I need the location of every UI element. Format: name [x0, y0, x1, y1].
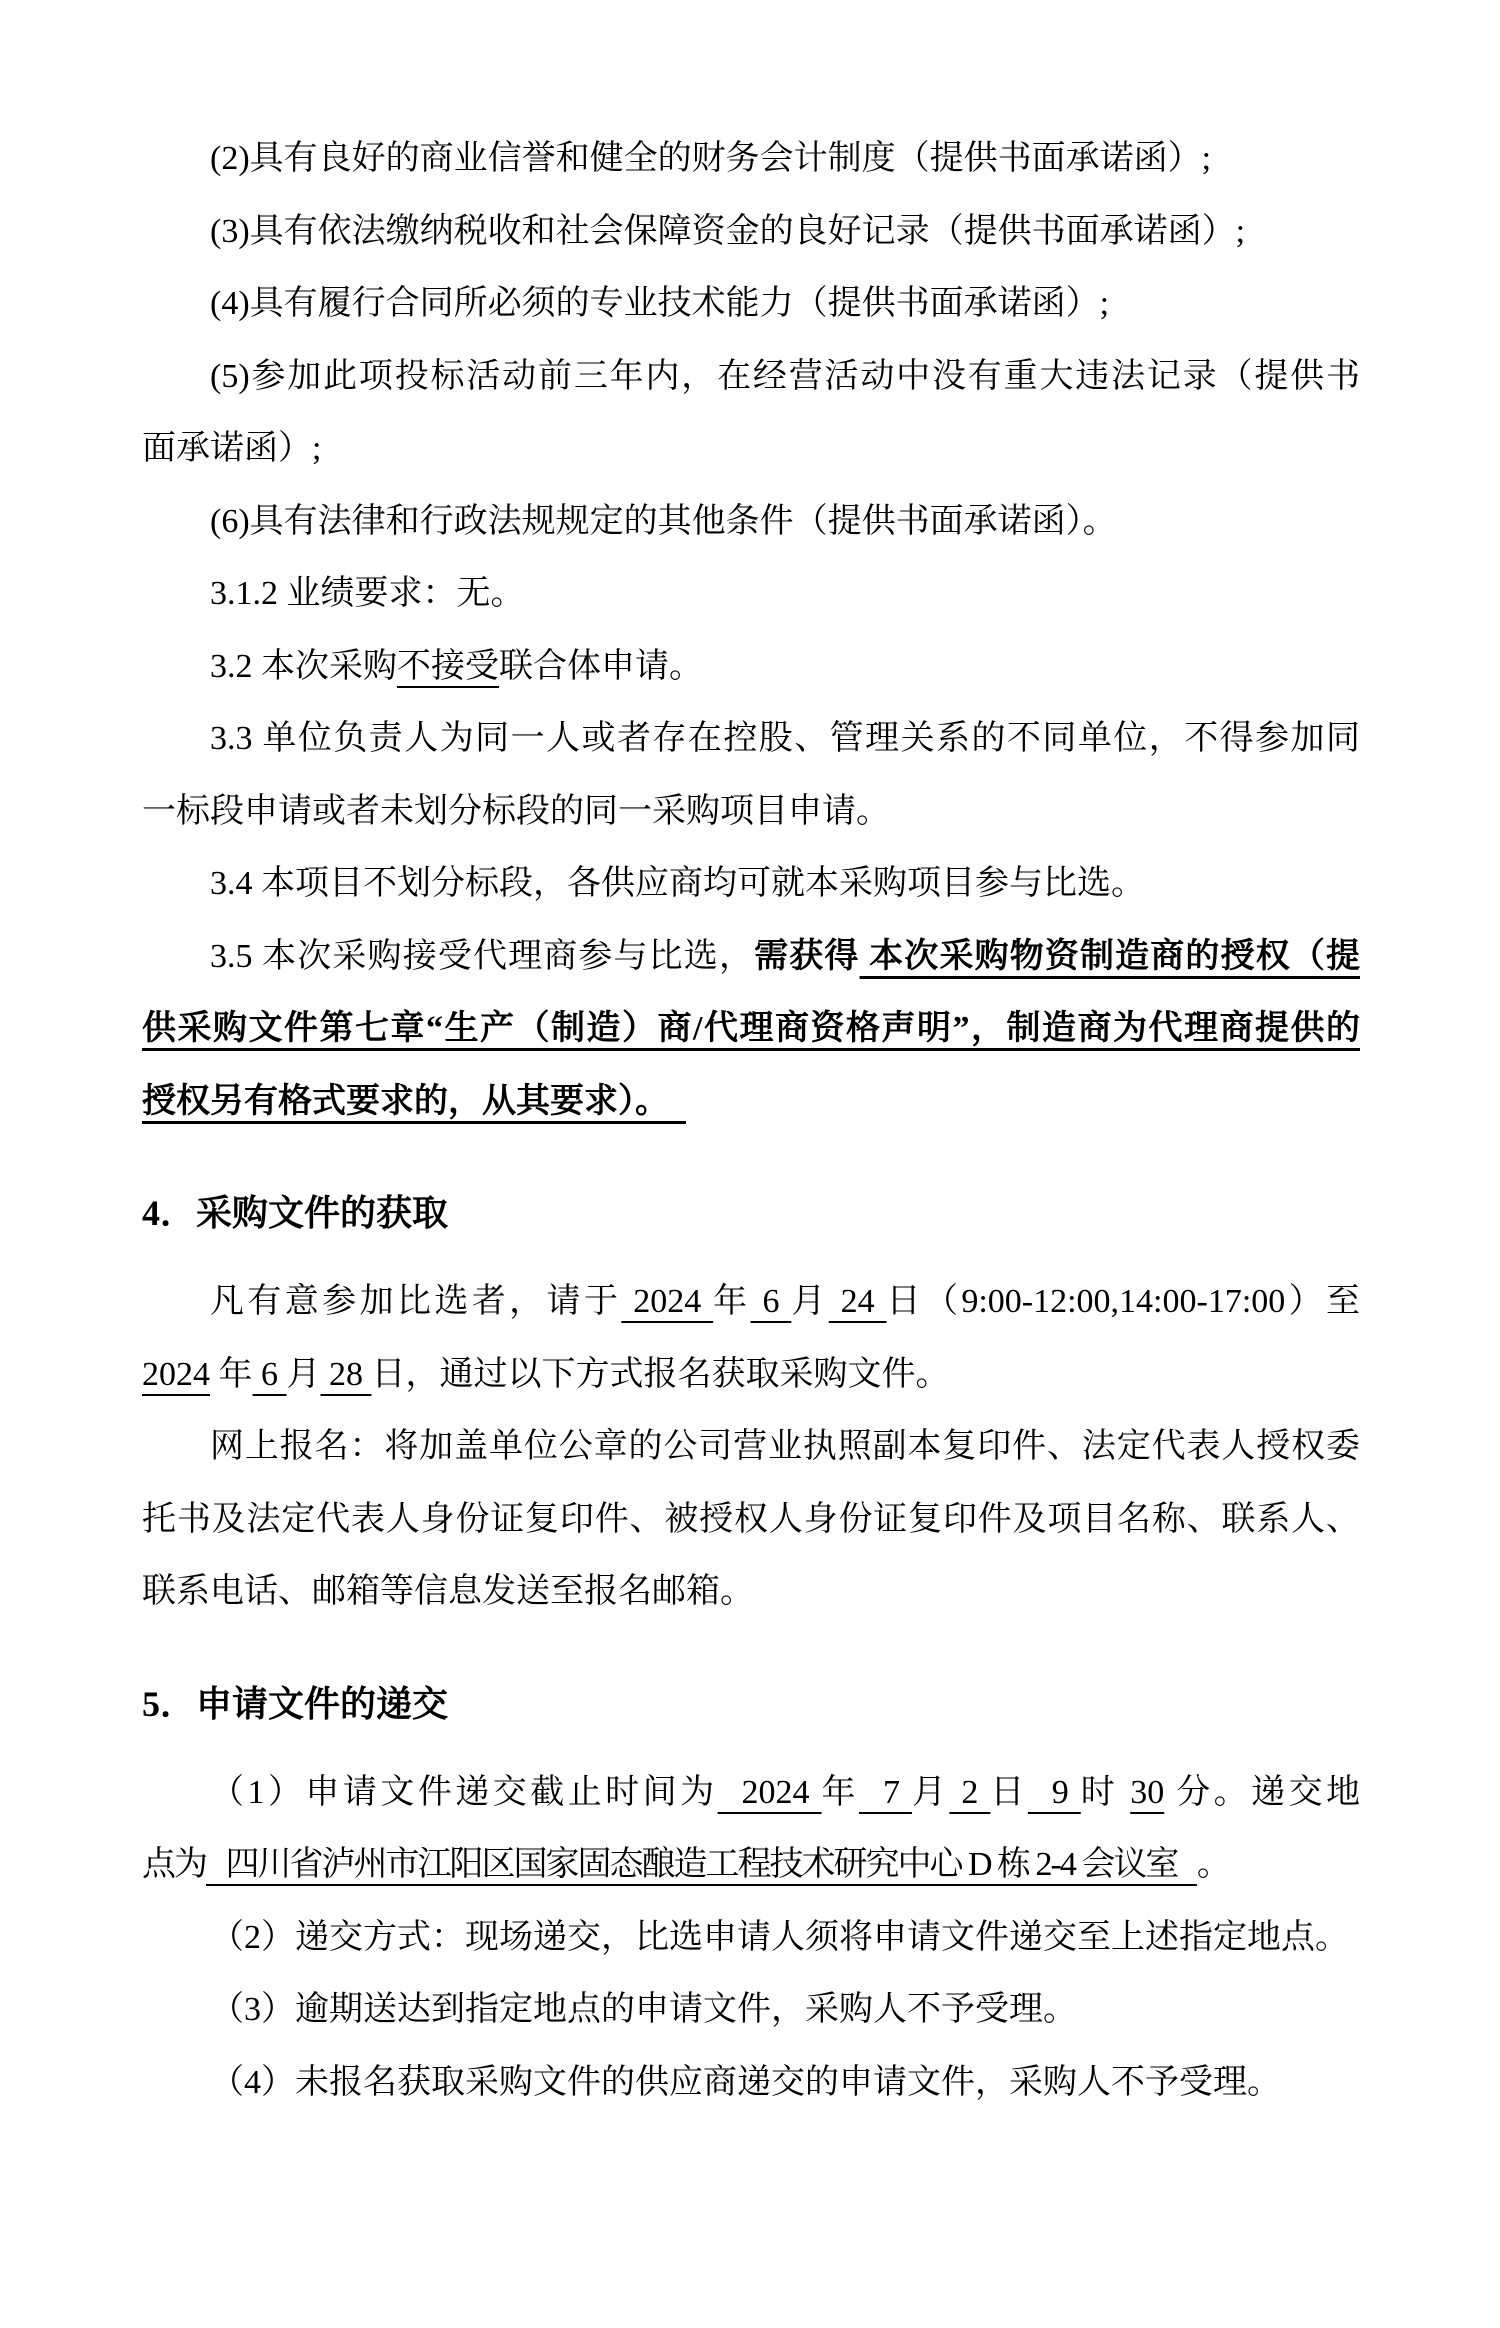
document-line: （4）未报名获取采购文件的供应商递交的申请文件，采购人不予受理。	[142, 2047, 1360, 2120]
document-line: 3.3 单位负责人为同一人或者存在控股、管理关系的不同单位，不得参加同	[142, 703, 1360, 776]
text-run: 月	[287, 1356, 321, 1393]
text-run: 。	[1197, 1846, 1229, 1883]
text-run: 托书及法定代表人身份证复印件、被授权人身份证复印件及项目名称、联系人、	[142, 1501, 1360, 1538]
document-line: 点为 四川省泸州市江阳区国家固态酿造工程技术研究中心 D 栋 2-4 会议室 。	[142, 1829, 1360, 1902]
text-run: （4）未报名获取采购文件的供应商递交的申请文件，采购人不予受理。	[210, 2064, 1281, 2101]
document-line: 2024 年 6 月 28 日，通过以下方式报名获取采购文件。	[142, 1339, 1360, 1412]
document-line: 授权另有格式要求的，从其要求）。	[142, 1066, 1360, 1139]
text-run: 日	[990, 1774, 1027, 1811]
document-line: (5)参加此项投标活动前三年内，在经营活动中没有重大违法记录（提供书	[142, 341, 1360, 414]
text-run: 28	[321, 1356, 372, 1393]
text-run: 月	[791, 1283, 828, 1320]
text-run: 面承诺函）;	[142, 430, 321, 467]
text-run: 四川省泸州市江阳区国家固态酿造工程技术研究中心 D 栋 2-4 会议室	[206, 1846, 1197, 1883]
text-run: 2	[949, 1774, 990, 1811]
text-run: 凡有意参加比选者，请于	[210, 1283, 621, 1320]
text-run: 3.4 本项目不划分标段，各供应商均可就本采购项目参与比选。	[210, 865, 1145, 902]
text-run: 2024	[718, 1774, 822, 1811]
text-run: (3)具有依法缴纳税收和社会保障资金的良好记录（提供书面承诺函）;	[210, 213, 1245, 250]
text-run: 2024	[142, 1356, 210, 1393]
text-run: 9	[1028, 1774, 1081, 1811]
document-line: 一标段申请或者未划分标段的同一采购项目申请。	[142, 776, 1360, 849]
document-line: (6)具有法律和行政法规规定的其他条件（提供书面承诺函）。	[142, 486, 1360, 559]
text-run: 30	[1130, 1774, 1164, 1811]
document-line: (4)具有履行合同所必须的专业技术能力（提供书面承诺函）;	[142, 268, 1360, 341]
text-run: 6	[751, 1283, 792, 1320]
text-run: 网上报名：将加盖单位公章的公司营业执照副本复印件、法定代表人授权委	[210, 1428, 1360, 1465]
text-run: 日（9:00-12:00,14:00-17:00）至	[887, 1283, 1361, 1320]
document-line: 3.2 本次采购不接受联合体申请。	[142, 631, 1360, 704]
text-run: （3）逾期送达到指定地点的申请文件，采购人不予受理。	[210, 1991, 1077, 2028]
text-run: 年	[713, 1283, 750, 1320]
document-line: 凡有意参加比选者，请于 2024 年 6 月 24 日（9:00-12:00,1…	[142, 1266, 1360, 1339]
section-4-heading: 4．采购文件的获取	[142, 1173, 1360, 1253]
text-run: 6	[253, 1356, 287, 1393]
document-line: (2)具有良好的商业信誉和健全的财务会计制度（提供书面承诺函）;	[142, 123, 1360, 196]
document-line: 网上报名：将加盖单位公章的公司营业执照副本复印件、法定代表人授权委	[142, 1411, 1360, 1484]
text-run: 联系电话、邮箱等信息发送至报名邮箱。	[142, 1573, 754, 1610]
document-line: 托书及法定代表人身份证复印件、被授权人身份证复印件及项目名称、联系人、	[142, 1484, 1360, 1557]
text-run: 时	[1081, 1774, 1130, 1811]
document-line: 供采购文件第七章“生产（制造）商/代理商资格声明”，制造商为代理商提供的	[142, 993, 1360, 1066]
text-run: (5)参加此项投标活动前三年内，在经营活动中没有重大违法记录（提供书	[210, 358, 1360, 395]
text-run: 联合体申请。	[499, 648, 703, 685]
text-run: （1）申请文件递交截止时间为	[210, 1774, 718, 1811]
document-line: 3.5 本次采购接受代理商参与比选，需获得 本次采购物资制造商的授权（提	[142, 921, 1360, 994]
document-line: （2）递交方式：现场递交，比选申请人须将申请文件递交至上述指定地点。	[142, 1902, 1360, 1975]
text-run: 日，通过以下方式报名获取采购文件。	[372, 1356, 950, 1393]
text-run: 一标段申请或者未划分标段的同一采购项目申请。	[142, 793, 890, 830]
text-run: 24	[829, 1283, 887, 1320]
text-run: (6)具有法律和行政法规规定的其他条件（提供书面承诺函）。	[210, 503, 1117, 540]
document-line: (3)具有依法缴纳税收和社会保障资金的良好记录（提供书面承诺函）;	[142, 196, 1360, 269]
text-run: 月	[912, 1774, 949, 1811]
document-line: 3.1.2 业绩要求：无。	[142, 558, 1360, 631]
text-run: （2）递交方式：现场递交，比选申请人须将申请文件递交至上述指定地点。	[210, 1919, 1349, 1956]
text-run: 7	[859, 1774, 912, 1811]
text-run: 3.1.2 业绩要求：无。	[210, 575, 525, 612]
text-run: (2)具有良好的商业信誉和健全的财务会计制度（提供书面承诺函）;	[210, 140, 1211, 177]
text-run: 年	[210, 1356, 253, 1393]
text-run: 需获得	[754, 938, 859, 975]
text-run: 点为	[142, 1846, 206, 1883]
text-run: 3.5 本次采购接受代理商参与比选，	[210, 938, 754, 975]
text-run: 年	[822, 1774, 859, 1811]
document-line: 3.4 本项目不划分标段，各供应商均可就本采购项目参与比选。	[142, 848, 1360, 921]
text-run	[669, 1083, 686, 1120]
text-run: 供采购文件第七章“生产（制造）商/代理商资格声明”，制造商为代理商提供的	[142, 1010, 1360, 1047]
document-page: (2)具有良好的商业信誉和健全的财务会计制度（提供书面承诺函）;(3)具有依法缴…	[0, 0, 1500, 2328]
text-run: 不接受	[397, 648, 499, 685]
text-run: 分。递交地	[1164, 1774, 1360, 1811]
text-run: 3.3 单位负责人为同一人或者存在控股、管理关系的不同单位，不得参加同	[210, 720, 1360, 757]
section-5-heading: 5．申请文件的递交	[142, 1664, 1360, 1744]
text-run: 2024	[621, 1283, 713, 1320]
document-line: （1）申请文件递交截止时间为 2024 年 7 月 2 日 9 时 30 分。递…	[142, 1757, 1360, 1830]
text-run: 3.2 本次采购	[210, 648, 397, 685]
document-line: 联系电话、邮箱等信息发送至报名邮箱。	[142, 1556, 1360, 1629]
document-content: (2)具有良好的商业信誉和健全的财务会计制度（提供书面承诺函）;(3)具有依法缴…	[0, 0, 1500, 2119]
document-line: 面承诺函）;	[142, 413, 1360, 486]
text-run: 本次采购物资制造商的授权（提	[860, 938, 1360, 975]
text-run: (4)具有履行合同所必须的专业技术能力（提供书面承诺函）;	[210, 285, 1109, 322]
text-run: 授权另有格式要求的，从其要求）。	[142, 1083, 669, 1120]
document-line: （3）逾期送达到指定地点的申请文件，采购人不予受理。	[142, 1974, 1360, 2047]
